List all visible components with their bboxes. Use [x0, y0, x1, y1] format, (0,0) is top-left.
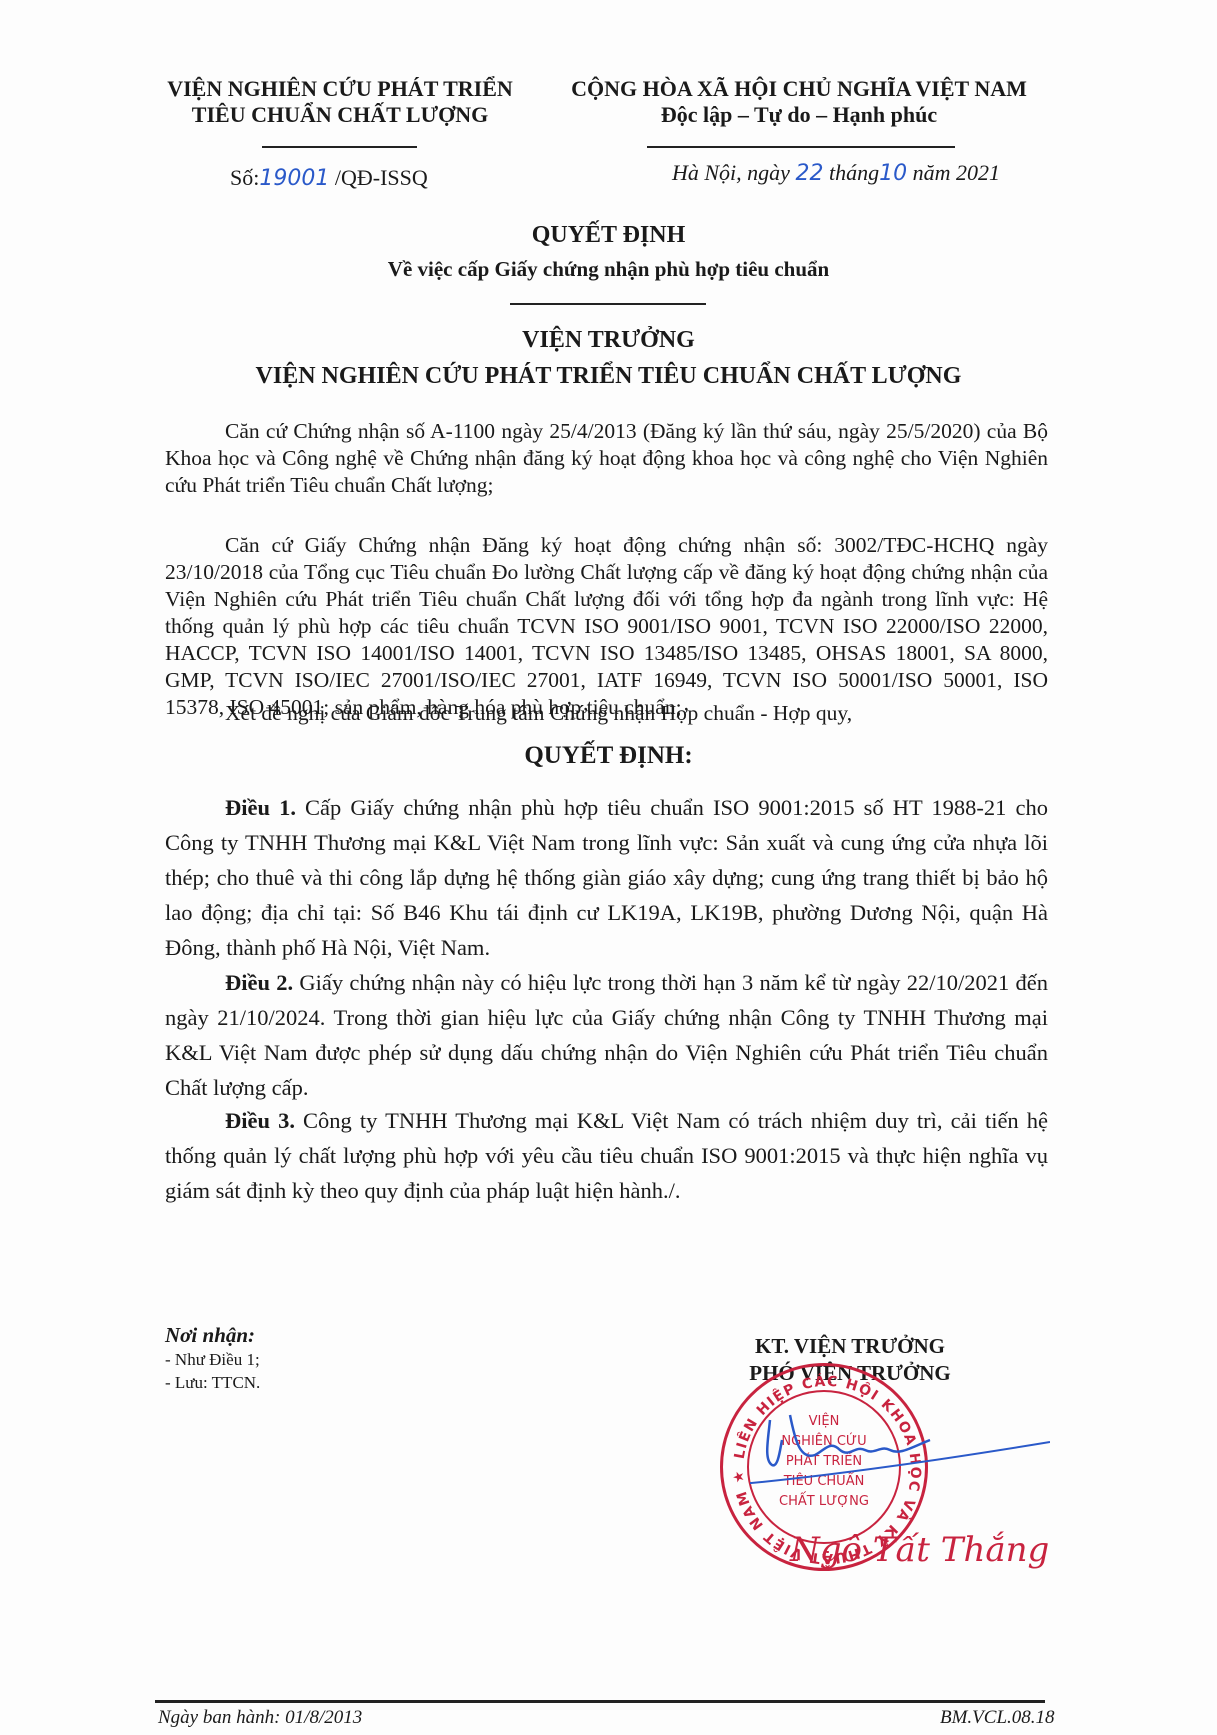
- article-1-text: Cấp Giấy chứng nhận phù hợp tiêu chuẩn I…: [165, 795, 1048, 960]
- footer-rule: [155, 1700, 1045, 1703]
- recipients: Nơi nhận: - Như Điều 1; - Lưu: TTCN.: [165, 1323, 260, 1394]
- signature-title-1: KT. VIỆN TRƯỞNG: [680, 1333, 1020, 1360]
- decision-subject: Về việc cấp Giấy chứng nhận phù hợp tiêu…: [0, 257, 1217, 282]
- number-prefix: Số:: [230, 165, 259, 190]
- recipient-item: - Như Điều 1;: [165, 1348, 260, 1371]
- authority-title: VIỆN TRƯỞNG: [0, 327, 1217, 354]
- footer-form-code: BM.VCL.08.18: [940, 1707, 1055, 1729]
- article-3: Điều 3. Công ty TNHH Thương mại K&L Việt…: [165, 1103, 1048, 1208]
- recipients-label: Nơi nhận:: [165, 1323, 260, 1348]
- date-day: 22: [795, 161, 823, 186]
- preamble-paragraph-1: Căn cứ Chứng nhận số A-1100 ngày 25/4/20…: [165, 418, 1048, 499]
- date-month-label: tháng: [829, 160, 879, 185]
- signer-name: Ngô Tất Thắng: [790, 1530, 1049, 1570]
- country-name: CỘNG HÒA XÃ HỘI CHỦ NGHĨA VIỆT NAM: [548, 76, 1050, 102]
- subject-underline: [510, 303, 706, 305]
- article-1-label: Điều 1.: [225, 795, 296, 820]
- document-number: Số:19001 /QĐ-ISSQ: [230, 165, 428, 191]
- country-motto: Độc lập – Tự do – Hạnh phúc: [548, 102, 1050, 128]
- number-handwritten: 19001: [259, 166, 329, 191]
- preamble-paragraph-3: Xét đề nghị của Giám đốc Trung tâm Chứng…: [165, 700, 1048, 727]
- number-suffix: /QĐ-ISSQ: [335, 165, 428, 190]
- preamble-paragraph-2: Căn cứ Giấy Chứng nhận Đăng ký hoạt động…: [165, 532, 1048, 721]
- stamp-line: CHẤT LƯỢNG: [749, 1492, 899, 1512]
- recipient-item: - Lưu: TTCN.: [165, 1371, 260, 1394]
- org-header: VIỆN NGHIÊN CỨU PHÁT TRIỂN TIÊU CHUẨN CH…: [140, 76, 540, 128]
- org-name-line1: VIỆN NGHIÊN CỨU PHÁT TRIỂN: [140, 76, 540, 102]
- article-1: Điều 1. Cấp Giấy chứng nhận phù hợp tiêu…: [165, 790, 1048, 965]
- article-2-text: Giấy chứng nhận này có hiệu lực trong th…: [165, 970, 1048, 1100]
- article-3-label: Điều 3.: [225, 1108, 295, 1133]
- org-name-line2: TIÊU CHUẨN CHẤT LƯỢNG: [140, 102, 540, 128]
- date-month: 10: [879, 161, 907, 186]
- date-prefix: Hà Nội, ngày: [672, 160, 790, 185]
- article-2: Điều 2. Giấy chứng nhận này có hiệu lực …: [165, 965, 1048, 1105]
- handwritten-signature: [750, 1410, 1050, 1490]
- date-year: năm 2021: [913, 160, 1000, 185]
- org-underline: [262, 146, 417, 148]
- authority-org: VIỆN NGHIÊN CỨU PHÁT TRIỂN TIÊU CHUẨN CH…: [0, 363, 1217, 390]
- motto-underline: [647, 146, 955, 148]
- document-date: Hà Nội, ngày 22 tháng10 năm 2021: [672, 160, 1000, 186]
- article-2-label: Điều 2.: [225, 970, 293, 995]
- decision-title: QUYẾT ĐỊNH: [0, 222, 1217, 249]
- decision-heading: QUYẾT ĐỊNH:: [0, 742, 1217, 770]
- country-header: CỘNG HÒA XÃ HỘI CHỦ NGHĨA VIỆT NAM Độc l…: [548, 76, 1050, 128]
- footer-issue-date: Ngày ban hành: 01/8/2013: [158, 1707, 362, 1729]
- article-3-text: Công ty TNHH Thương mại K&L Việt Nam có …: [165, 1108, 1048, 1203]
